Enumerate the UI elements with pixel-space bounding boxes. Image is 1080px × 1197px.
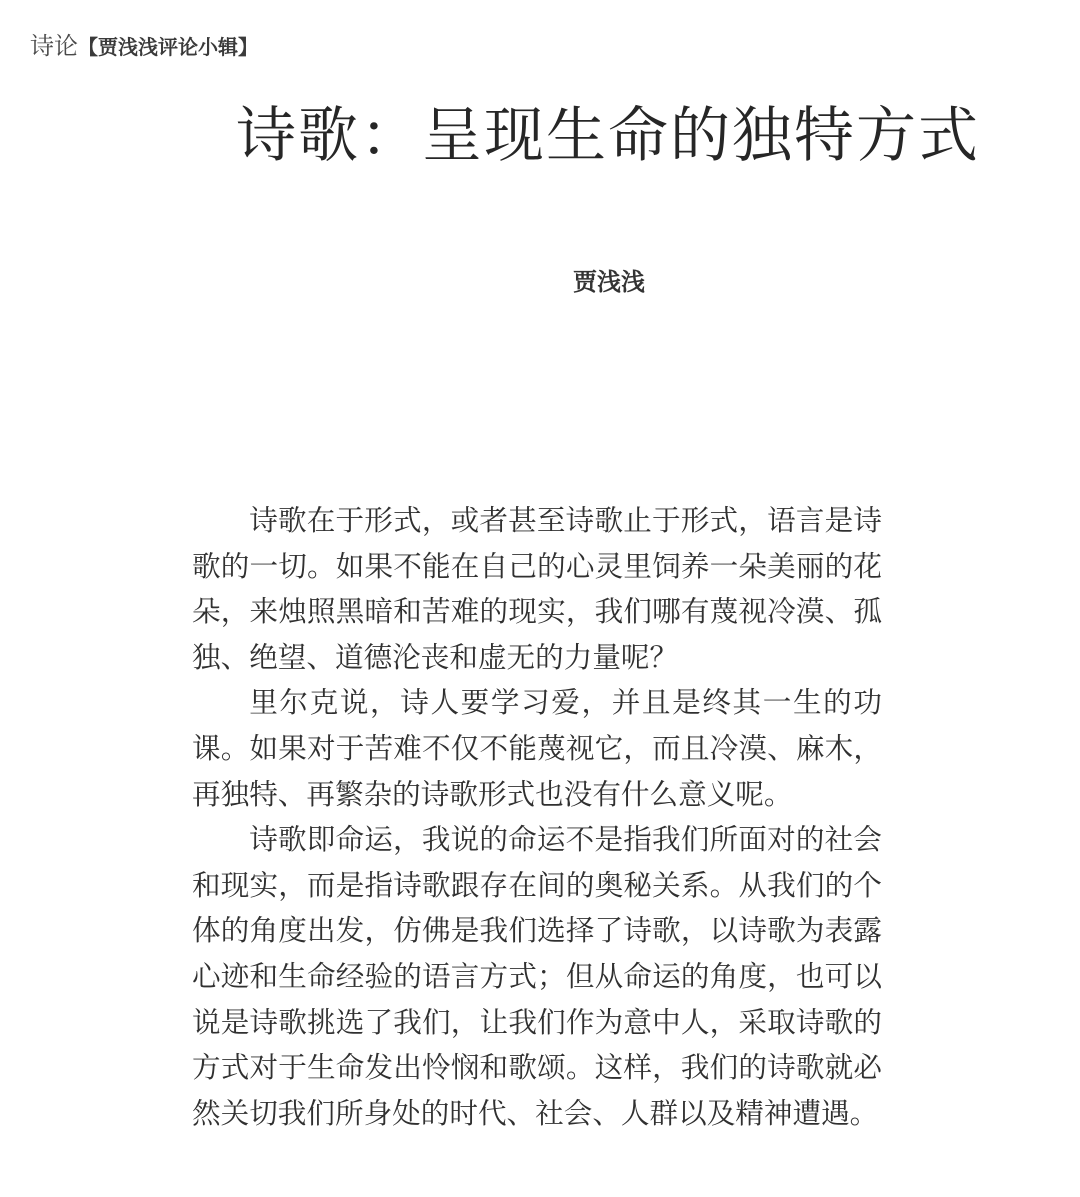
column-label: 【贾浅浅评论小辑】 bbox=[78, 35, 258, 59]
article-body: 诗歌在于形式，或者甚至诗歌止于形式，语言是诗歌的一切。如果不能在自己的心灵里饲养… bbox=[192, 498, 882, 1136]
paragraph: 诗歌即命运，我说的命运不是指我们所面对的社会和现实，而是指诗歌跟存在间的奥秘关系… bbox=[192, 817, 882, 1136]
article-author: 贾浅浅 bbox=[0, 262, 1080, 297]
section-label: 诗论 bbox=[30, 32, 78, 60]
paragraph: 里尔克说，诗人要学习爱，并且是终其一生的功课。如果对于苦难不仅不能蔑视它，而且冷… bbox=[192, 680, 882, 817]
paragraph: 诗歌在于形式，或者甚至诗歌止于形式，语言是诗歌的一切。如果不能在自己的心灵里饲养… bbox=[192, 498, 882, 680]
article-title: 诗歌：呈现生命的独特方式 bbox=[236, 88, 980, 174]
page-header: 诗论【贾浅浅评论小辑】 bbox=[30, 26, 258, 61]
